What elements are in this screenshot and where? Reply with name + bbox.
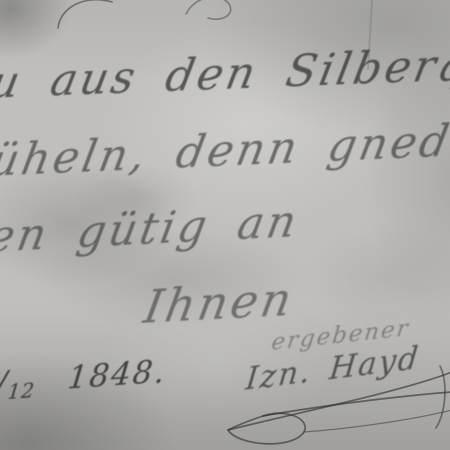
manuscript-photo: u aus den Silberqu üheln, denn gnednen e… [0, 0, 450, 450]
date-fraction-denominator: 12 [6, 378, 36, 404]
handwriting-line-1: u aus den Silberqu [0, 38, 450, 109]
date-line: /12 1848. [0, 354, 168, 405]
top-cutoff-stroke [58, 0, 231, 28]
handwriting-line-4: Ihnen [140, 272, 299, 334]
date-year: 1848. [66, 354, 168, 397]
handwriting-line-2: üheln, denn gnednen [0, 111, 450, 187]
handwriting-line-3: en gütig an [0, 196, 303, 263]
